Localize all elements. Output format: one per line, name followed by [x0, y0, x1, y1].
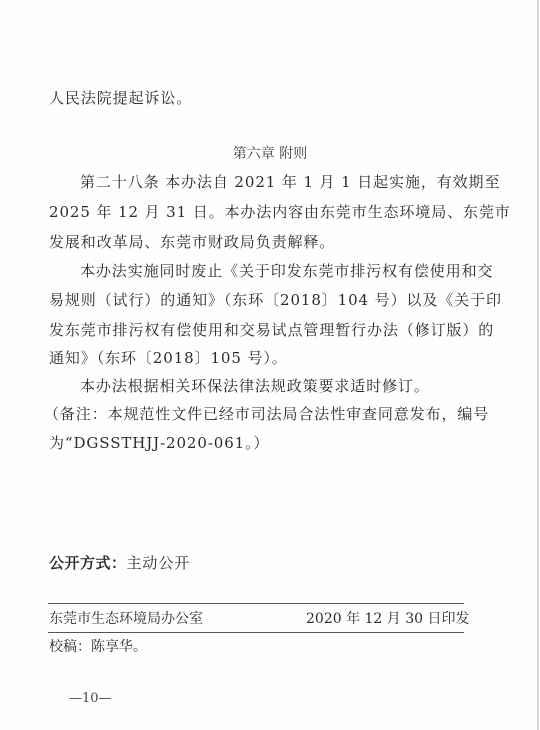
scan-specks-top: ····	[524, 165, 527, 205]
issuer-name: 东莞市生态环境局办公室	[49, 611, 203, 627]
issue-date: 2020 年 12 月 30 日印发	[306, 609, 470, 629]
article-28-line-1: 第二十八条 本办法自 2021 年 1 月 1 日起实施，有效期至	[80, 172, 500, 192]
page-number: —10—	[69, 690, 112, 708]
footer-top-rule	[48, 603, 464, 604]
scan-specks-bottom: ····	[524, 528, 527, 568]
revision-line: 本办法根据相关环保法律法规政策要求适时修订。	[80, 376, 430, 396]
continuation-line: 人民法院提起诉讼。	[49, 88, 192, 108]
repeal-line-3: 发东莞市排污权有偿使用和交易试点管理暂行办法（修订版）的	[49, 320, 494, 340]
chapter-heading: 第六章 附则	[0, 144, 540, 164]
disclosure-row: 公开方式：主动公开	[49, 553, 190, 573]
repeal-line-4: 通知》（东环〔2018〕105 号）。	[49, 348, 288, 368]
document-page: ···· ···· 人民法院提起诉讼。 第六章 附则 第二十八条 本办法自 20…	[0, 0, 540, 730]
disclosure-value: 主动公开	[127, 554, 191, 572]
article-28-line-2: 2025 年 12 月 31 日。本办法内容由东莞市生态环境局、东莞市	[49, 202, 511, 222]
page-edge-divider	[537, 0, 539, 730]
article-28-line-3: 发展和改革局、东莞市财政局负责解释。	[49, 232, 335, 252]
repeal-line-1: 本办法实施同时废止《关于印发东莞市排污权有偿使用和交	[80, 261, 493, 281]
footer-issuer-row: 东莞市生态环境局办公室 2020 年 12 月 30 日印发	[49, 609, 461, 629]
note-line-1: （备注：本规范性文件已经市司法局合法性审查同意发布，编号	[44, 404, 489, 424]
note-line-2: 为“DGSSTHJJ-2020-061。）	[49, 433, 269, 453]
repeal-line-2: 易规则（试行）的通知》（东环〔2018〕104 号）以及《关于印	[49, 290, 502, 310]
disclosure-label: 公开方式：	[49, 554, 127, 572]
footer-bottom-rule	[48, 632, 464, 633]
proofreader-line: 校稿：陈享华。	[49, 637, 461, 657]
